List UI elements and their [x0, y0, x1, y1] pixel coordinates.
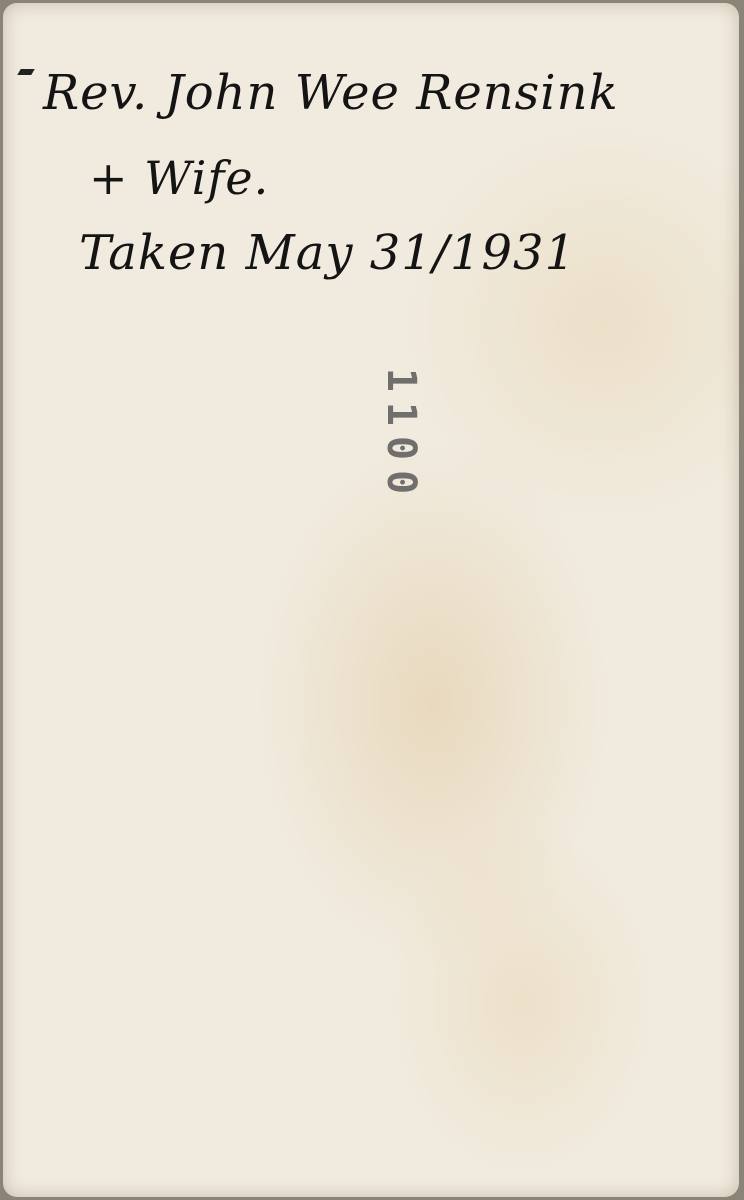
inscription-line-2: + Wife. — [89, 151, 269, 205]
inscription-line-1: Rev. John Wee Rensink — [43, 65, 619, 121]
ink-mark — [17, 69, 34, 75]
inscription-line-3: Taken May 31/1931 — [79, 225, 576, 281]
stamped-number: 1100 — [378, 368, 424, 504]
photo-card-back: Rev. John Wee Rensink + Wife. Taken May … — [3, 3, 739, 1197]
